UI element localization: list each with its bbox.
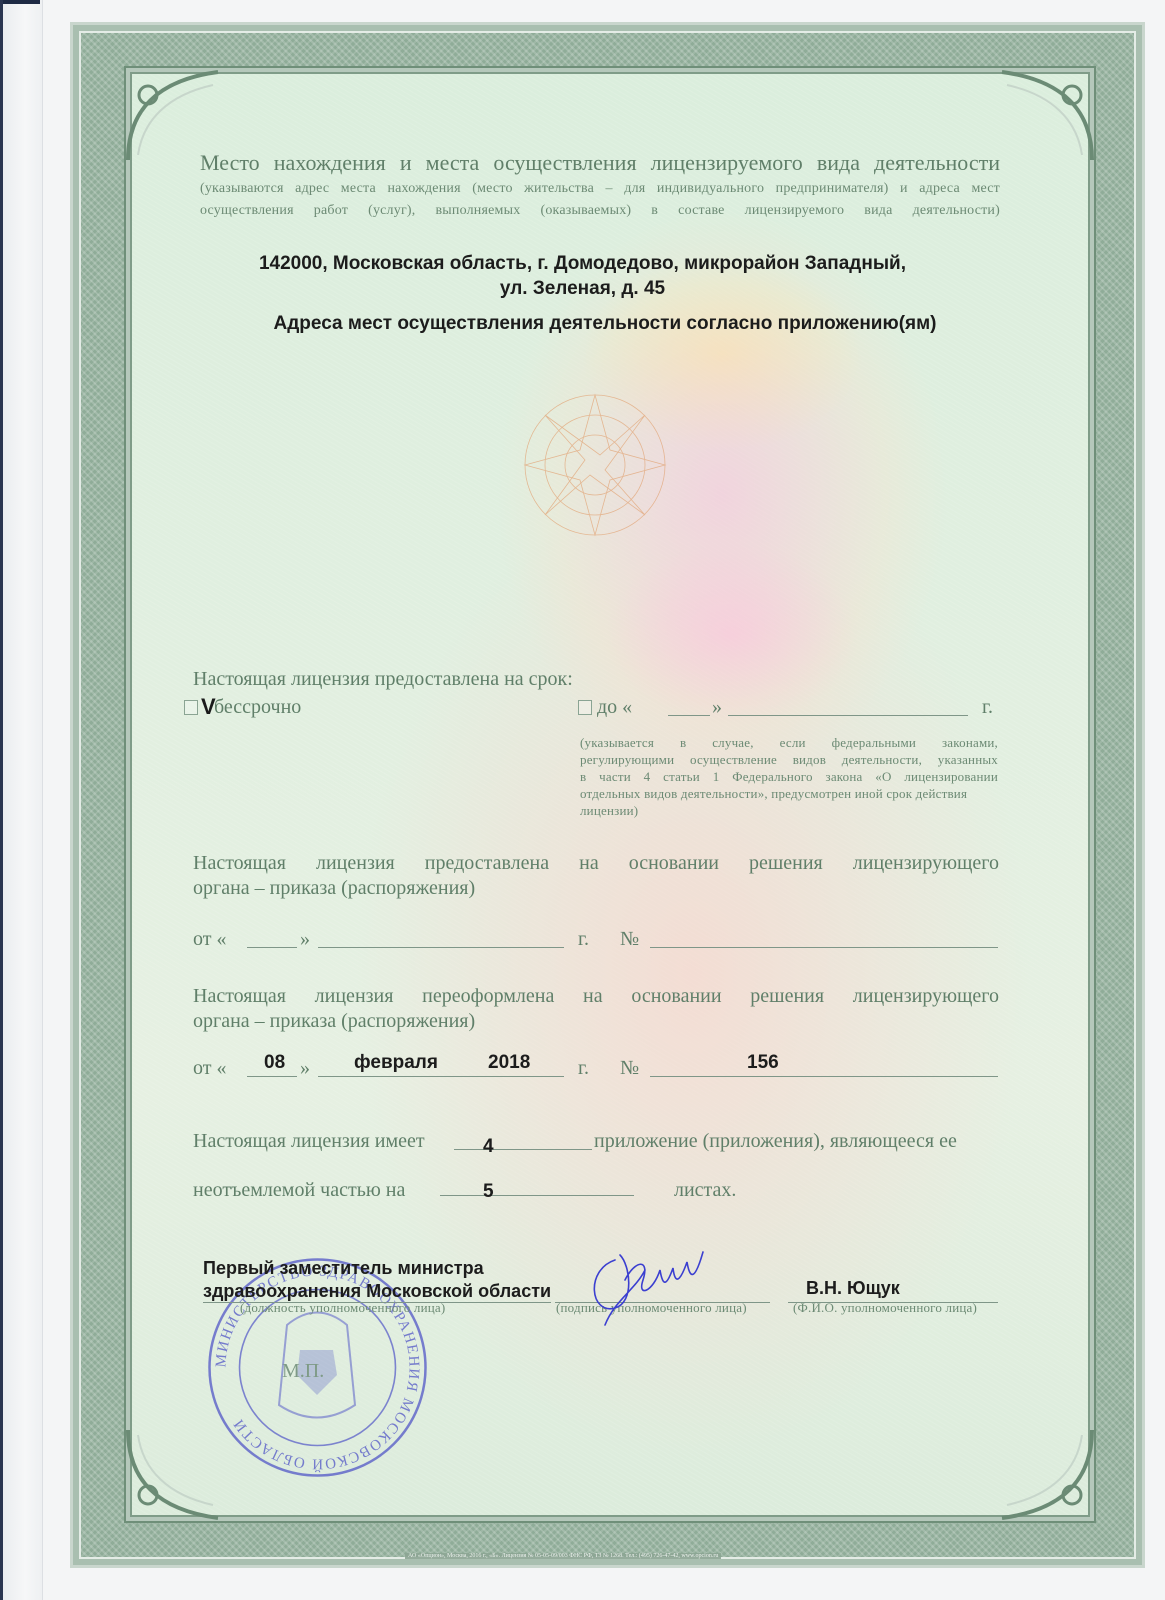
appendix-count-line (454, 1149, 592, 1150)
places-note: Адреса мест осуществления деятельности с… (0, 313, 1165, 335)
grant-from-label: от « (193, 928, 226, 951)
appendix-count: 4 (483, 1136, 494, 1158)
term-label: Настоящая лицензия предоставлена на срок… (193, 668, 573, 691)
until-day-field[interactable] (668, 715, 710, 716)
reissue-month-year-line (318, 1076, 564, 1077)
sheets-suffix: листах. (674, 1179, 736, 1202)
until-month-year-field[interactable] (728, 715, 968, 716)
sheet-count-line (440, 1195, 634, 1196)
address-line-2: ул. Зеленая, д. 45 (0, 278, 1165, 300)
seal-place-label: М.П. (282, 1360, 324, 1383)
reissue-close-quote: » (300, 1057, 310, 1080)
address-line-1: 142000, Московская область, г. Домодедов… (0, 253, 1165, 275)
term-note-2: регулирующими осуществление видов деятел… (580, 752, 998, 768)
grant-close-quote: » (300, 928, 310, 951)
caption-name: (Ф.И.О. уполномоченного лица) (793, 1300, 977, 1316)
reissue-year: 2018 (488, 1052, 530, 1074)
grant-number-field[interactable] (650, 947, 998, 948)
guilloche-rosette-icon (430, 300, 760, 630)
appendix-suffix: приложение (приложения), являющееся ее (594, 1130, 957, 1153)
caption-position: (должность уполномоченного лица) (240, 1300, 445, 1316)
printer-imprint: АО «Опцион», Москва, 2016 г., «Б». Лицен… (405, 1553, 721, 1559)
until-year-suffix: г. (982, 696, 993, 719)
signer-name: В.Н. Ющук (806, 1278, 900, 1299)
term-note-3: в части 4 статьи 1 Федерального закона «… (580, 769, 998, 785)
location-subheading-2: осуществления работ (услуг), выполняемых… (200, 203, 1000, 219)
indefinite-checkbox[interactable] (184, 700, 198, 715)
reissue-number-label: № (620, 1057, 639, 1080)
until-close-quote: » (712, 696, 722, 719)
grant-line-1: Настоящая лицензия предоставлена на осно… (193, 852, 999, 875)
grant-day-field[interactable] (247, 947, 297, 948)
signer-position-2: здравоохранения Московской области (203, 1281, 551, 1302)
reissue-number: 156 (747, 1052, 779, 1074)
reissue-year-label: г. (578, 1057, 589, 1080)
reissue-from-label: от « (193, 1057, 226, 1080)
reissue-line-2: органа – приказа (распоряжения) (193, 1010, 475, 1033)
until-date-checkbox[interactable] (578, 700, 592, 715)
grant-line-2: органа – приказа (распоряжения) (193, 877, 475, 900)
reissue-day: 08 (264, 1052, 285, 1074)
until-label: до « (597, 696, 632, 719)
term-note-4: отдельных видов деятельности», предусмот… (580, 786, 998, 802)
term-note-1: (указывается в случае, если федеральными… (580, 735, 998, 751)
indefinite-label: бессрочно (214, 696, 301, 719)
grant-year-label: г. (578, 928, 589, 951)
location-heading: Место нахождения и места осуществления л… (200, 150, 1000, 176)
appendix-prefix: Настоящая лицензия имеет (193, 1130, 425, 1153)
location-subheading-1: (указываются адрес места нахождения (мес… (200, 181, 1000, 197)
sheets-prefix: неотъемлемой частью на (193, 1179, 405, 1202)
grant-number-label: № (620, 928, 639, 951)
sheet-count: 5 (483, 1181, 494, 1203)
paper-edge (0, 0, 43, 1600)
signer-position-1: Первый заместитель министра (203, 1258, 484, 1279)
reissue-number-line (650, 1076, 998, 1077)
reissue-month: февраля (354, 1052, 438, 1074)
handwritten-signature-icon (575, 1240, 725, 1330)
grant-month-year-field[interactable] (318, 947, 564, 948)
term-note-5: лицензии) (580, 803, 638, 819)
reissue-line-1: Настоящая лицензия переоформлена на осно… (193, 985, 999, 1008)
reissue-day-line (247, 1076, 297, 1077)
